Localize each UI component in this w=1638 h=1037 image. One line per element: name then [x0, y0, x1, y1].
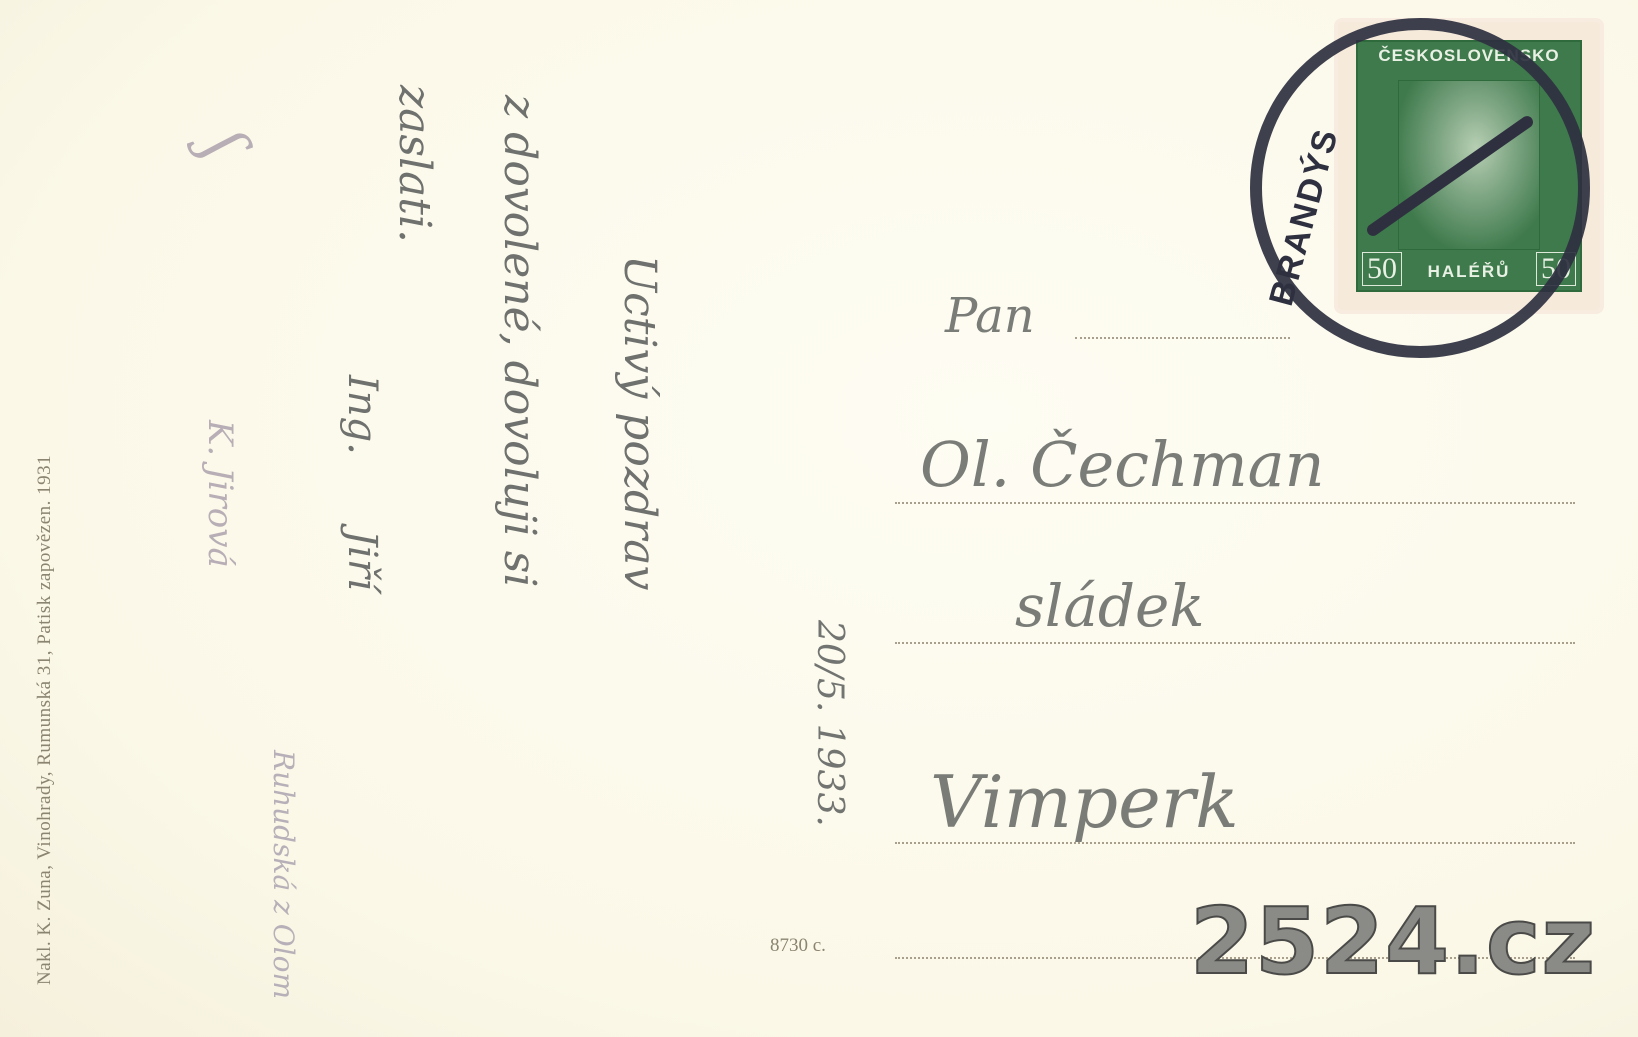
- publisher-imprint: Nakl. K. Zuna, Vinohrady, Rumunská 31, P…: [34, 455, 56, 985]
- message-date: 20/5. 1933.: [809, 620, 850, 827]
- catalog-number: 8730 c.: [770, 935, 826, 957]
- address-line-3: [895, 642, 1575, 644]
- address-line-1: [1075, 337, 1290, 339]
- message-line-2: z dovolené, dovoluji si: [494, 95, 545, 587]
- address-name: Ol. Čechman: [920, 428, 1325, 501]
- pink-signature-1: K. Jirová: [200, 420, 240, 568]
- postcard-back: Nakl. K. Zuna, Vinohrady, Rumunská 31, P…: [0, 0, 1638, 1037]
- signature-name: Jiří: [339, 530, 385, 591]
- pink-signature-2: Ruhudská z Olom: [267, 750, 300, 999]
- address-town: Vimperk: [930, 760, 1239, 844]
- address-occupation: sládek: [1015, 572, 1205, 640]
- address-line-2: [895, 502, 1575, 504]
- message-line-3: zaslati.: [389, 85, 440, 243]
- address-line-4: [895, 842, 1575, 844]
- pink-signature-3: ʃ: [189, 120, 258, 169]
- watermark: 2524.cz: [1190, 888, 1596, 995]
- address-salutation: Pan: [945, 288, 1035, 344]
- message-line-1: Uctivý pozdrav: [614, 255, 665, 590]
- signature-title: Ing.: [339, 375, 385, 455]
